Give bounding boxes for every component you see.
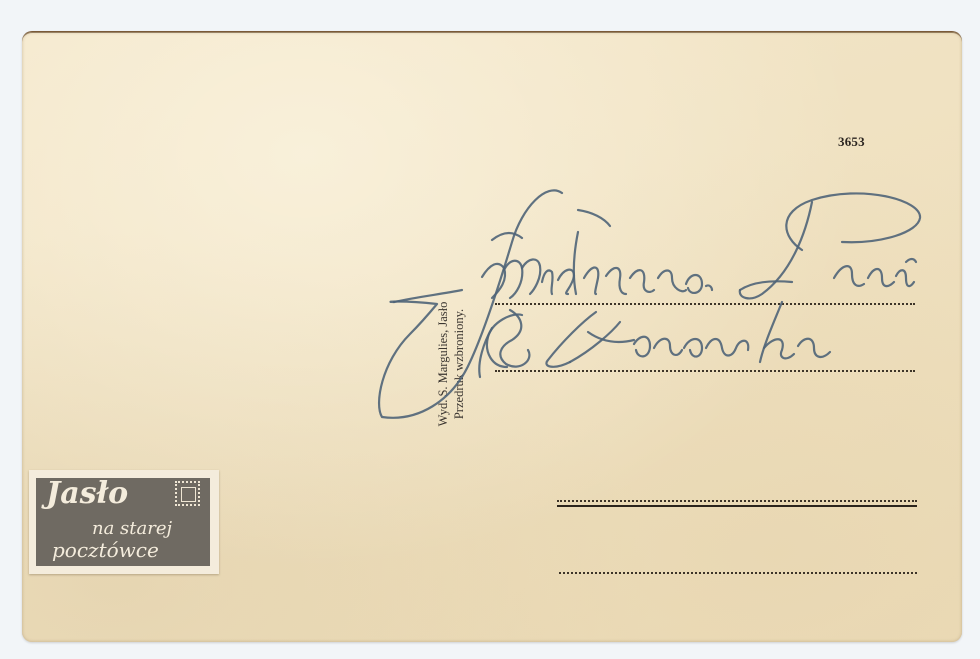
card-number: 3653 — [838, 134, 865, 150]
imprint-publisher: Wyd. S. Margulies, Jasło — [435, 264, 451, 464]
address-line-1 — [495, 303, 915, 305]
watermark-title: Jasło — [46, 476, 128, 511]
publisher-imprint: Wyd. S. Margulies, Jasło Przedruk wzbron… — [435, 264, 475, 464]
watermark-subtitle-1: na starej — [92, 518, 172, 539]
postage-stamp-icon — [175, 481, 200, 506]
imprint-copyright: Przedruk wzbroniony. — [451, 264, 467, 464]
postage-stamp-icon-frame — [181, 487, 196, 502]
address-line-4 — [559, 572, 917, 574]
watermark-subtitle-2: pocztówce — [52, 538, 159, 562]
address-line-2 — [495, 370, 915, 372]
address-line-3 — [557, 500, 917, 502]
address-underline — [557, 505, 917, 507]
